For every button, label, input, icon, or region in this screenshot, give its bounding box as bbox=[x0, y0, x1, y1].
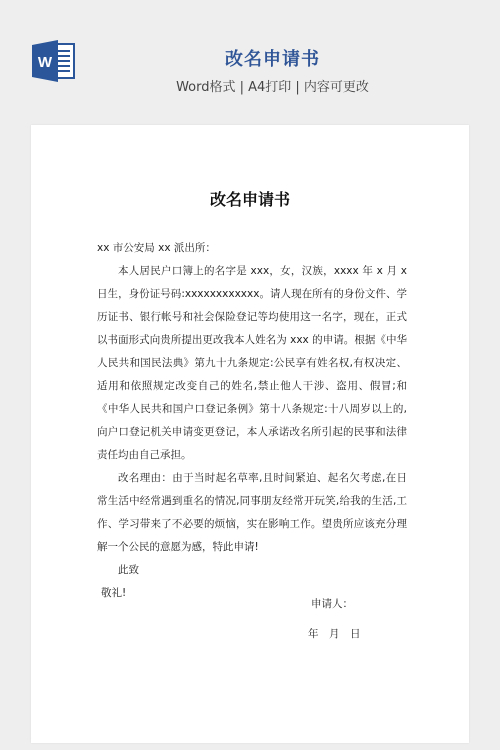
header-subtitle: Word格式 | A4打印 | 内容可更改 bbox=[0, 76, 500, 95]
salutation: xx 市公安局 xx 派出所： bbox=[97, 237, 407, 260]
regards: 敬礼! bbox=[97, 582, 407, 605]
document-body: xx 市公安局 xx 派出所： 本人居民户口簿上的名字是 xxx，女，汉族，xx… bbox=[97, 237, 407, 605]
signer-label: 申请人： bbox=[311, 596, 353, 611]
document-title: 改名申请书 bbox=[31, 187, 469, 210]
reason-paragraph: 改名理由：由于当时起名草率,且时间紧迫、起名欠考虑,在日常生活中经常遇到重名的情… bbox=[97, 467, 407, 559]
header-title: 改名申请书 bbox=[0, 45, 500, 71]
closing: 此致 bbox=[97, 559, 407, 582]
date-label: 年 月 日 bbox=[308, 626, 361, 641]
document-page: 改名申请书 xx 市公安局 xx 派出所： 本人居民户口簿上的名字是 xxx，女… bbox=[31, 125, 469, 743]
body-paragraph: 本人居民户口簿上的名字是 xxx，女，汉族，xxxx 年 x 月 x 日生，身份… bbox=[97, 260, 407, 467]
page-header: W 改名申请书 Word格式 | A4打印 | 内容可更改 bbox=[0, 0, 500, 125]
